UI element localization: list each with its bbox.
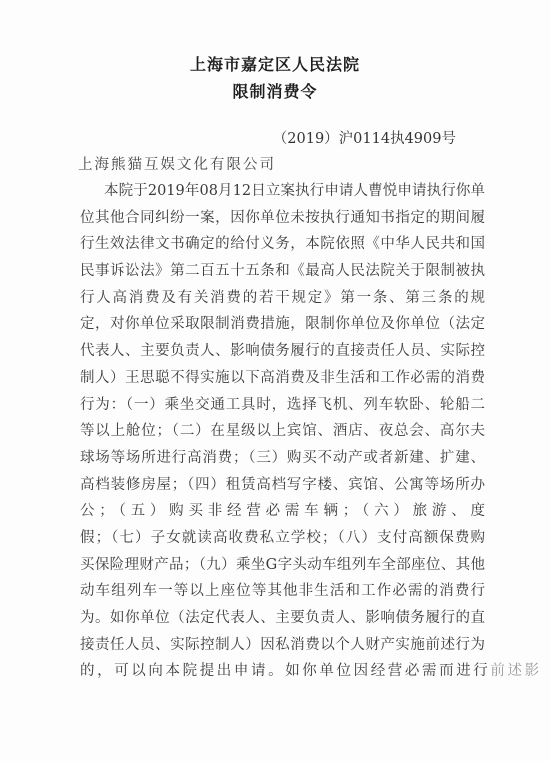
body-line: 制人）王思聪不得实施以下高消费及非生活和工作必需的消费 (80, 365, 485, 392)
body-line: 接责任人员、实际控制人）因私消费以个人财产实施前述行为 (80, 632, 485, 659)
body-line: 定，对你单位采取限制消费措施，限制你单位及你单位（法定 (80, 311, 485, 338)
body-line: 球场等场所进行高消费；（三）购买不动产或者新建、扩建、 (80, 445, 485, 472)
body-line: 动车组列车一等以上座位等其他非生活和工作必需的消费行 (80, 578, 485, 605)
body-line: 等以上舱位；（二）在星级以上宾馆、酒店、夜总会、高尔夫 (80, 418, 485, 445)
document-body: 本院于2019年08月12日立案执行申请人曹悦申请执行你单 位其他合同纠纷一案，… (80, 178, 485, 685)
body-line: 公；（五）购买非经营必需车辆；（六）旅游、度 (80, 498, 485, 525)
case-number: （2019）沪0114执4909号 (273, 127, 456, 148)
body-line: 本院于2019年08月12日立案执行申请人曹悦申请执行你单 (80, 178, 485, 205)
body-line: 买保险理财产品；（九）乘坐G字头动车组列车全部座位、其他 (80, 552, 485, 579)
body-line: 行为：（一）乘坐交通工具时，选择飞机、列车软卧、轮船二 (80, 392, 485, 419)
body-line: 假；（七）子女就读高收费私立学校；（八）支付高额保费购 (80, 525, 485, 552)
body-line-last: 的，可以向本院提出申请。如你单位因经营必需而进行前述影 (80, 658, 485, 685)
faded-text: 前述影 (490, 663, 541, 679)
body-line: 高档装修房屋；（四）租赁高档写字楼、宾馆、公寓等场所办 (80, 472, 485, 499)
body-line-text: 的，可以向本院提出申请。如你单位因经营必需而进行 (80, 663, 490, 679)
body-line: 代表人、主要负责人、影响债务履行的直接责任人员、实际控 (80, 338, 485, 365)
body-line: 行人高消费及有关消费的若干规定》第一条、第三条的规 (80, 285, 485, 312)
document-type-heading: 限制消费令 (0, 79, 550, 102)
court-name-heading: 上海市嘉定区人民法院 (0, 52, 550, 75)
body-line: 行生效法律文书确定的给付义务，本院依照《中华人民共和国 (80, 231, 485, 258)
body-line: 位其他合同纠纷一案，因你单位未按执行通知书指定的期间履 (80, 205, 485, 232)
body-line: 为。如你单位（法定代表人、主要负责人、影响债务履行的直 (80, 605, 485, 632)
addressee: 上海熊猫互娱文化有限公司 (78, 153, 276, 174)
document-page: 上海市嘉定区人民法院 限制消费令 （2019）沪0114执4909号 上海熊猫互… (0, 0, 550, 761)
body-line: 民事诉讼法》第二百五十五条和《最高人民法院关于限制被执 (80, 258, 485, 285)
